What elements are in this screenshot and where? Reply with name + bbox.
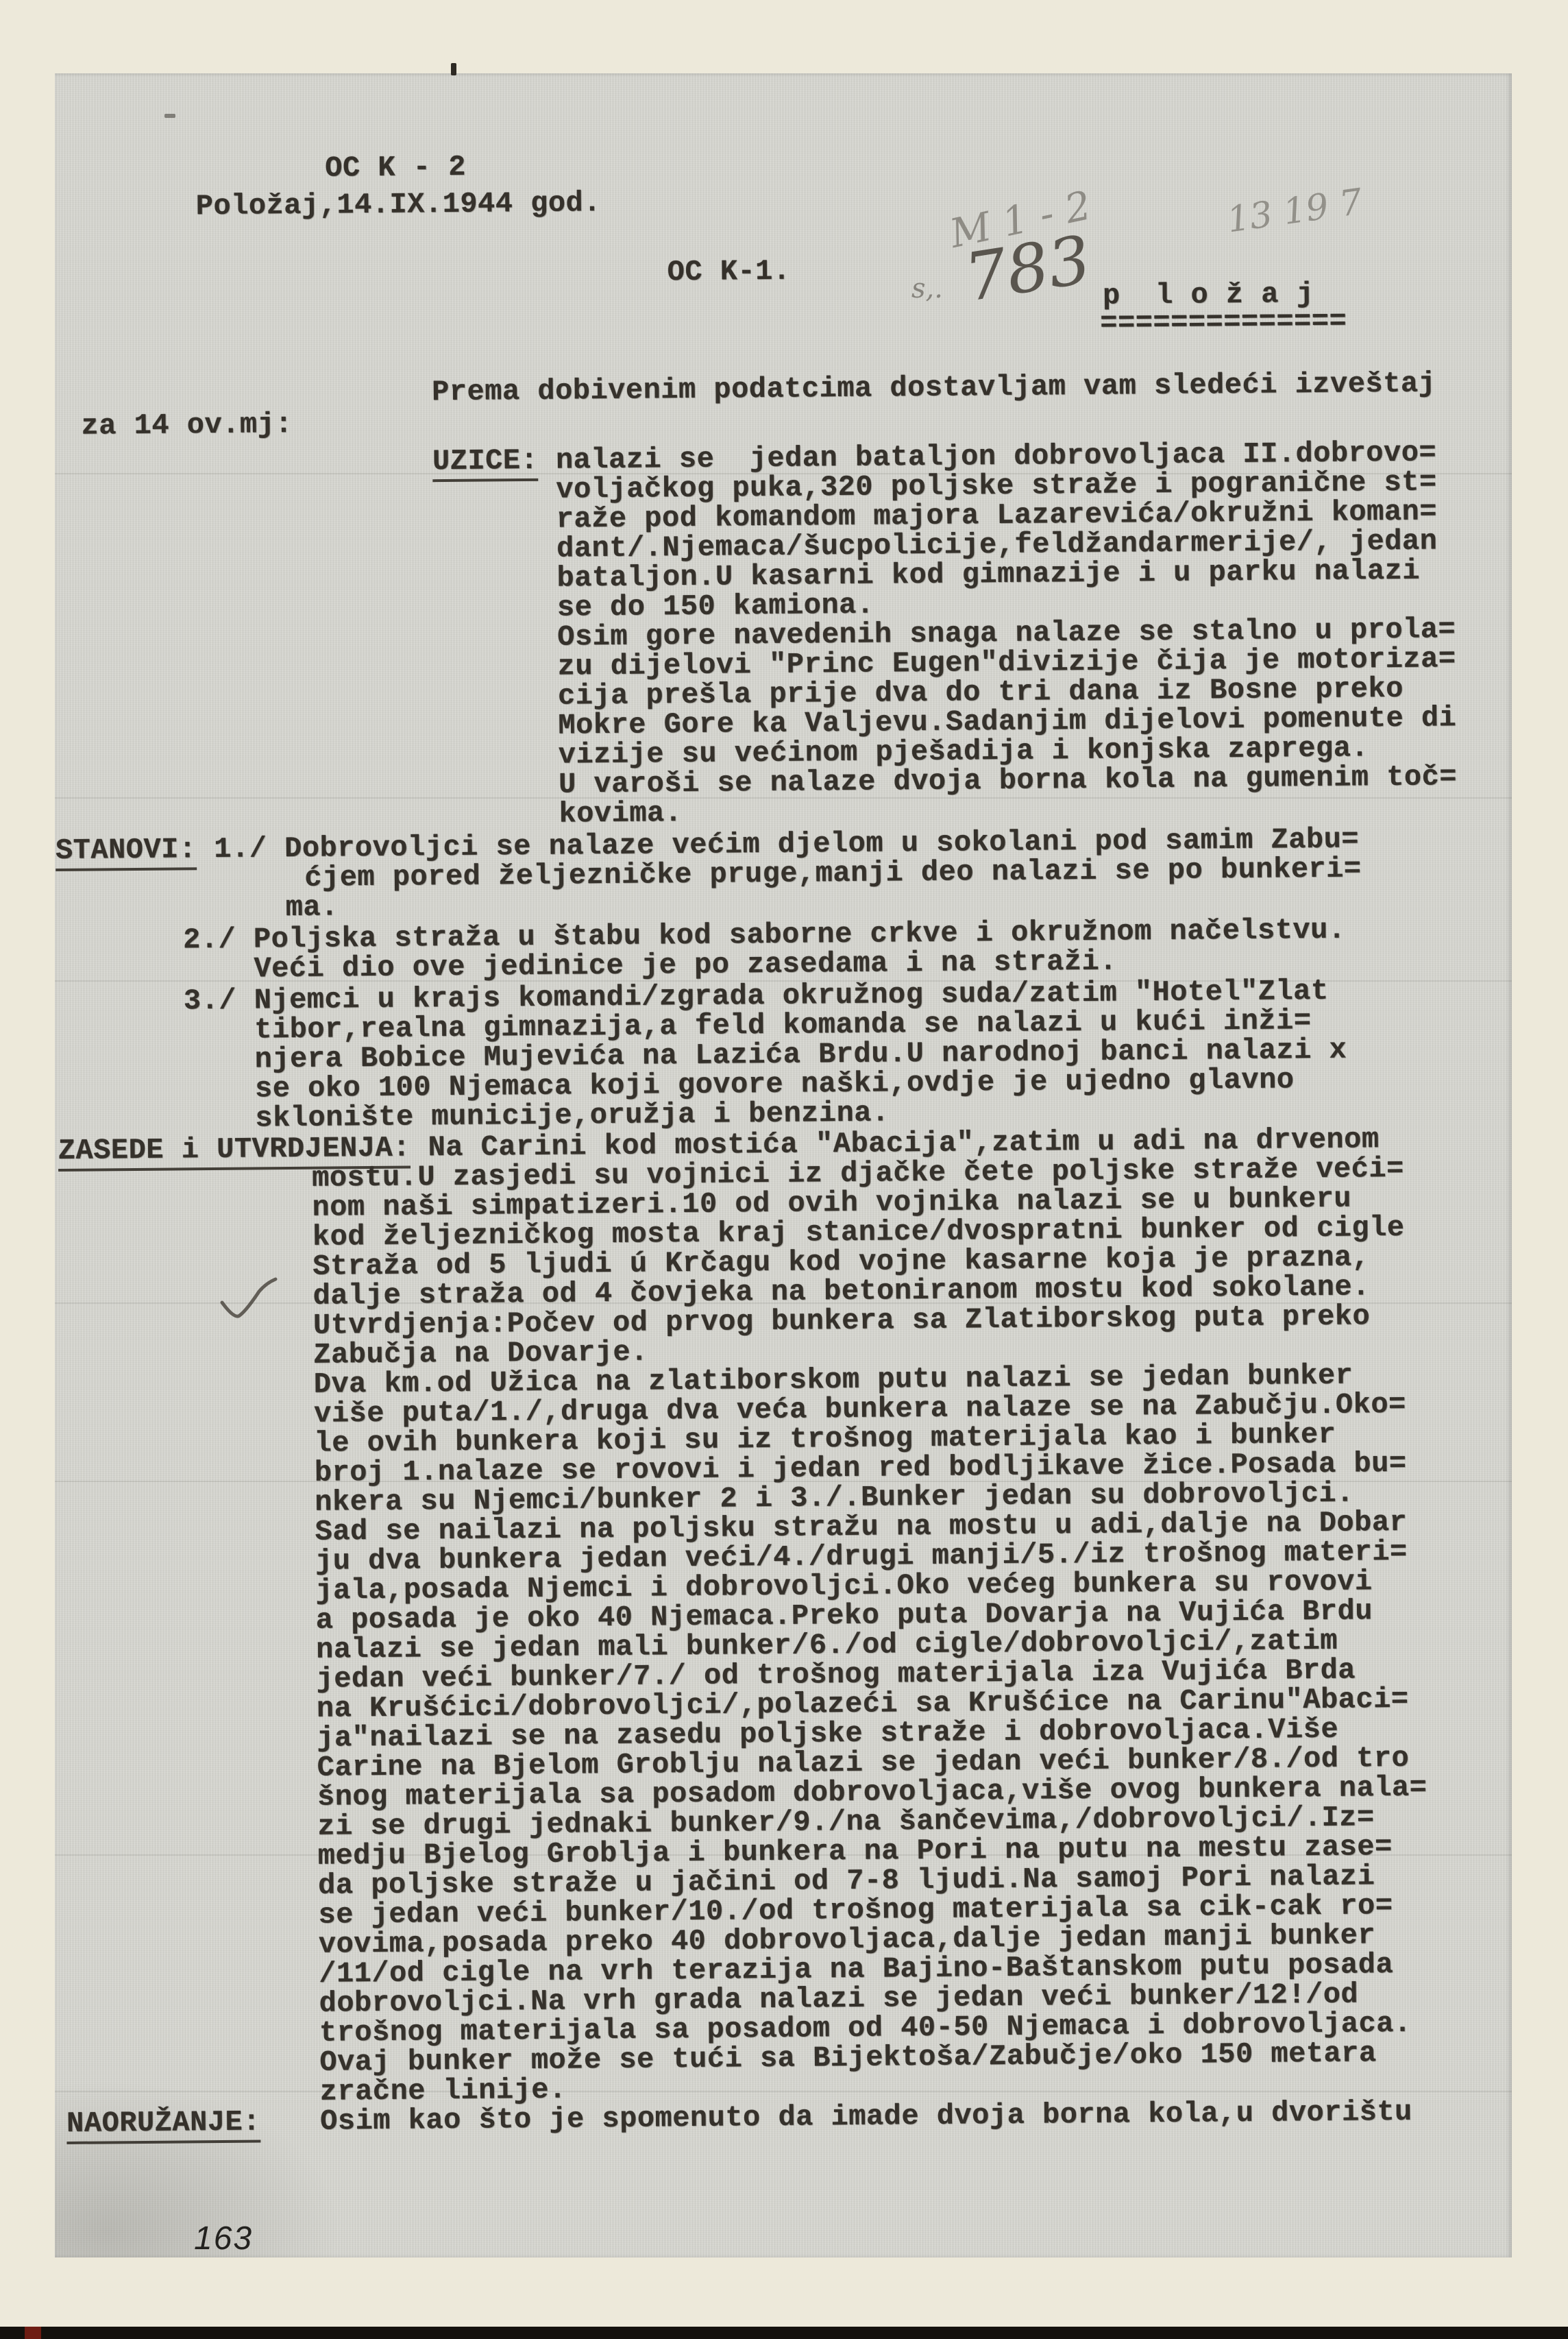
typed-line: kovima. [559,799,682,829]
typed-line: ============== [1100,307,1347,339]
typed-text: ma. [286,890,339,924]
section-row: NAORUŽANJE: [66,2107,260,2138]
handwritten-note: s,. [911,273,943,304]
bottom-black-bar [0,2327,1568,2339]
typed-text: OC K-1. [667,255,790,289]
typed-line: za 14 ov.mj: [81,410,293,441]
typed-line: Osim kao što je spomenuto da imade dvoja… [320,2098,1412,2137]
section-label: STANOVI: [56,833,197,871]
ink-speck [451,63,456,75]
typed-line: OC K - 2 [325,153,466,184]
typed-line: ma. [286,893,339,923]
typed-text: U varoši se nalaze dvoja borna kola na g… [559,760,1457,801]
typed-line: OC K-1. [667,257,790,288]
typed-line: Utvrdjenja:Počev od prvog bunkera sa Zla… [313,1302,1371,1340]
ink-speck [164,114,175,118]
typed-text: Prema dobivenim podatcima dostavljam vam… [432,367,1436,409]
typed-text: OC K - 2 [325,151,466,185]
typed-line: Ovaj bunker može se tući sa Bijektoša/Za… [319,2039,1377,2077]
typed-line: ćjem pored željezničke pruge,manji deo n… [304,854,1362,893]
typed-text: bataljon.U kasarni kod gimnazije i u par… [556,555,1420,595]
page-number: 163 [194,2220,253,2257]
typed-text: ============== [1100,305,1347,340]
typed-line: U varoši se nalaze dvoja borna kola na g… [559,762,1457,799]
typed-text: kovima. [559,797,682,831]
typed-content: OC K - 2Položaj,14.IX.1944 god.OC K-1.p … [0,0,1568,2339]
typed-line: Položaj,14.IX.1944 god. [196,189,602,221]
typed-text: za 14 ov.mj: [81,408,293,443]
handwritten-checkmark [218,1276,280,1324]
typed-line: bataljon.U kasarni kod gimnazije i u par… [556,557,1420,594]
typed-line: zračne linije. [320,2076,567,2107]
section-label: UZICE: [432,444,539,482]
red-edge-mark [25,2327,41,2339]
typed-text: Položaj,14.IX.1944 god. [196,186,602,223]
typed-line: Prema dobivenim podatcima dostavljam vam… [432,369,1436,407]
section-label: NAORUŽANJE: [66,2105,260,2144]
